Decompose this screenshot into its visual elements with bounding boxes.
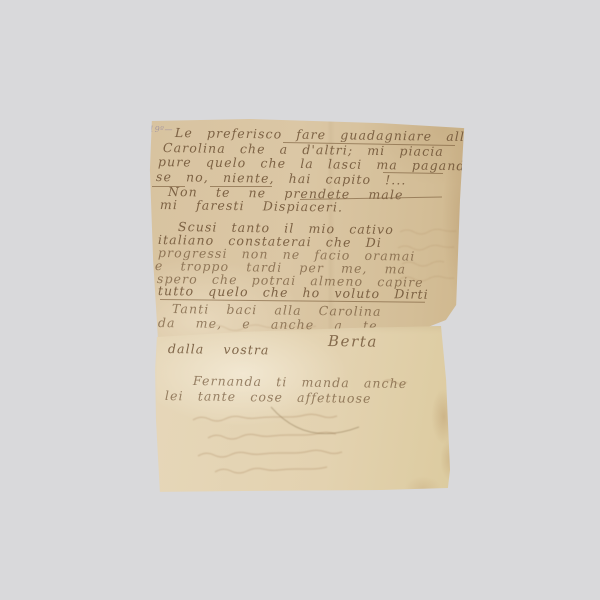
postscript-line: lei tante cose affettuose — [165, 389, 372, 405]
ink-underline — [210, 186, 272, 187]
letter-closing: dalla vostra — [168, 342, 270, 356]
letter-upper-sheet: 19º— Le preferisco fare guadagniare alla… — [148, 116, 468, 344]
signature: Berta — [328, 335, 378, 349]
letter-line: tutto quelo che ho voluto Dirti — [158, 284, 429, 301]
letter-lower-sheet: dalla vostra Berta Fernanda ti manda anc… — [153, 322, 453, 494]
photo-of-letter: 19º— Le preferisco fare guadagniare alla… — [0, 0, 600, 600]
letter-line: mi faresti Dispiaceri. — [160, 198, 343, 214]
postscript-line: Fernanda ti manda anche — [193, 374, 408, 390]
margin-note: 19º— — [149, 125, 173, 134]
ink-underline — [152, 186, 185, 187]
flourish-arc — [271, 407, 359, 434]
